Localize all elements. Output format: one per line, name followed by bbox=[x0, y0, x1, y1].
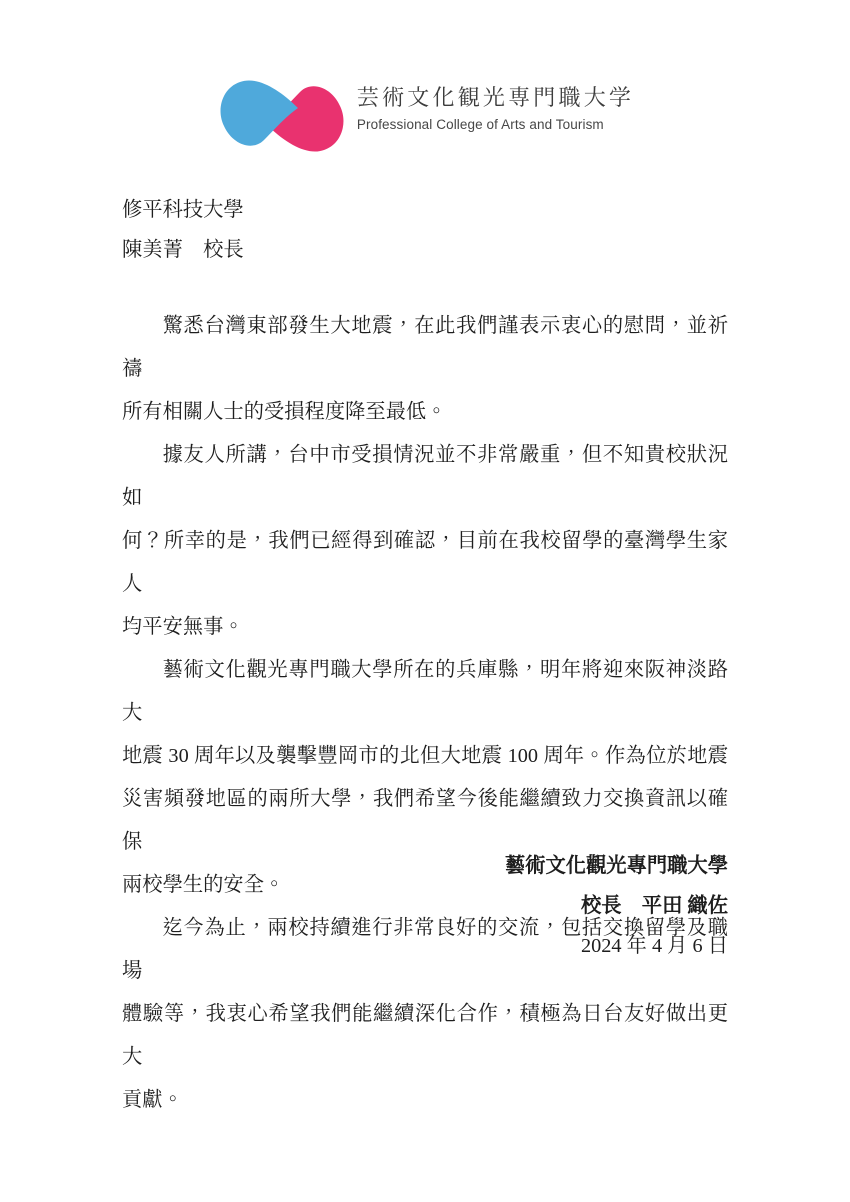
sender-president: 校長 平田 織佐 bbox=[505, 886, 728, 926]
letter-body-line: 何？所幸的是，我們已經得到確認，目前在我校留學的臺灣學生家人 bbox=[122, 520, 728, 606]
letter-body-line: 體驗等，我衷心希望我們能繼續深化合作，積極為日台友好做出更大 bbox=[122, 993, 728, 1079]
letter-body-line: 所有相關人士的受損程度降至最低。 bbox=[122, 391, 728, 434]
letter-body-line: 藝術文化觀光專門職大學所在的兵庫縣，明年將迎來阪神淡路大 bbox=[122, 649, 728, 735]
recipient-president: 陳美菁 校長 bbox=[122, 230, 244, 270]
signature-block: 藝術文化觀光專門職大學 校長 平田 織佐 2024 年 4 月 6 日 bbox=[505, 846, 728, 966]
letter-body-line: 貢獻。 bbox=[122, 1079, 728, 1122]
university-brand: 芸術文化観光専門職大学 Professional College of Arts… bbox=[357, 78, 634, 132]
letter-body-line: 驚悉台灣東部發生大地震，在此我們謹表示衷心的慰問，並祈禱 bbox=[122, 305, 728, 391]
letter-body-line: 地震 30 周年以及襲擊豐岡市的北但大地震 100 周年。作為位於地震 bbox=[122, 735, 728, 778]
letter-date: 2024 年 4 月 6 日 bbox=[505, 926, 728, 966]
letter-body-line: 據友人所講，台中市受損情況並不非常嚴重，但不知貴校狀況如 bbox=[122, 434, 728, 520]
letter-body: 驚悉台灣東部發生大地震，在此我們謹表示衷心的慰問，並祈禱 所有相關人士的受損程度… bbox=[122, 305, 728, 1122]
university-logo bbox=[216, 78, 348, 154]
letter-body-line: 均平安無事。 bbox=[122, 606, 728, 649]
recipient-university: 修平科技大學 bbox=[122, 190, 244, 230]
recipient-block: 修平科技大學 陳美菁 校長 bbox=[122, 190, 244, 270]
letterhead: 芸術文化観光専門職大学 Professional College of Arts… bbox=[0, 78, 850, 154]
letter-page: 芸術文化観光専門職大学 Professional College of Arts… bbox=[0, 0, 850, 1202]
sender-university: 藝術文化觀光專門職大學 bbox=[505, 846, 728, 886]
university-name-en: Professional College of Arts and Tourism bbox=[357, 117, 634, 132]
university-name-ja: 芸術文化観光専門職大学 bbox=[357, 85, 634, 111]
